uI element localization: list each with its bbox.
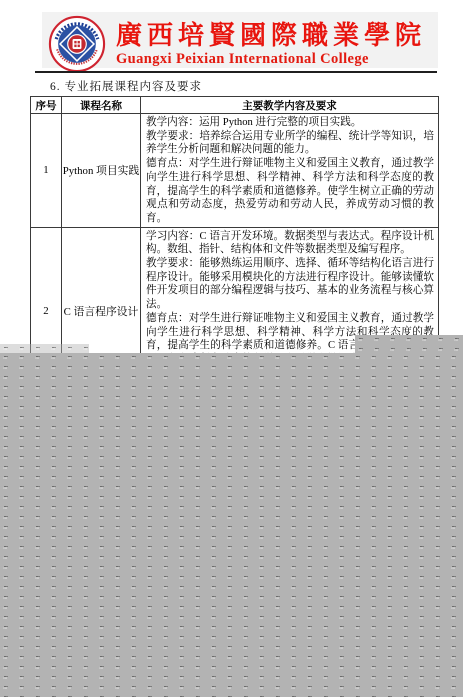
column-header-content: 主要教学内容及要求: [141, 97, 439, 114]
teaching-content-paragraph: 学习内容：C 语言开发环境。数据类型与表达式。程序设计机构。数组、指针、结构体和…: [146, 230, 434, 257]
column-header-no: 序号: [31, 97, 62, 114]
header-divider: [35, 71, 437, 73]
column-header-course: 课程名称: [62, 97, 141, 114]
college-titles: 廣西培賢國際職業學院 Guangxi Peixian International…: [116, 22, 434, 67]
section-heading: 6. 专业拓展课程内容及要求: [50, 78, 202, 94]
teaching-requirement-paragraph: 教学要求：培养综合运用专业所学的编程、统计学等知识，培养学生分析问题和解决问题的…: [146, 130, 434, 157]
teaching-content-paragraph: 教学内容：运用 Python 进行完整的项目实践。: [146, 116, 434, 130]
unrendered-tile-region: [0, 353, 463, 697]
teaching-requirement-paragraph: 教学要求：能够熟练运用顺序、选择、循环等结构化语言进行程序设计。能够采用模块化的…: [146, 257, 434, 312]
course-content-cell: 教学内容：运用 Python 进行完整的项目实践。 教学要求：培养综合运用专业所…: [141, 114, 439, 228]
college-name-zh: 廣西培賢國際職業學院: [116, 22, 434, 50]
header-banner: 廣西培賢國際職業學院 Guangxi Peixian International…: [42, 12, 438, 68]
row-number: 1: [31, 114, 62, 228]
college-seal-logo-svg: [48, 15, 106, 73]
unrendered-tile-patch-right: [355, 335, 463, 353]
table-header-row: 序号 课程名称 主要教学内容及要求: [31, 97, 439, 114]
table-row: 1 Python 项目实践 教学内容：运用 Python 进行完整的项目实践。 …: [31, 114, 439, 228]
college-name-en: Guangxi Peixian International College: [116, 51, 434, 67]
course-name: Python 项目实践: [62, 114, 141, 228]
moral-education-paragraph: 德育点：对学生进行辩证唯物主义和爱国主义教育，通过教学向学生进行科学思想、科学精…: [146, 157, 434, 226]
document-page: 廣西培賢國際職業學院 Guangxi Peixian International…: [0, 0, 463, 697]
unrendered-tile-patch-left: [0, 344, 89, 353]
college-seal-logo-icon: [48, 15, 106, 73]
